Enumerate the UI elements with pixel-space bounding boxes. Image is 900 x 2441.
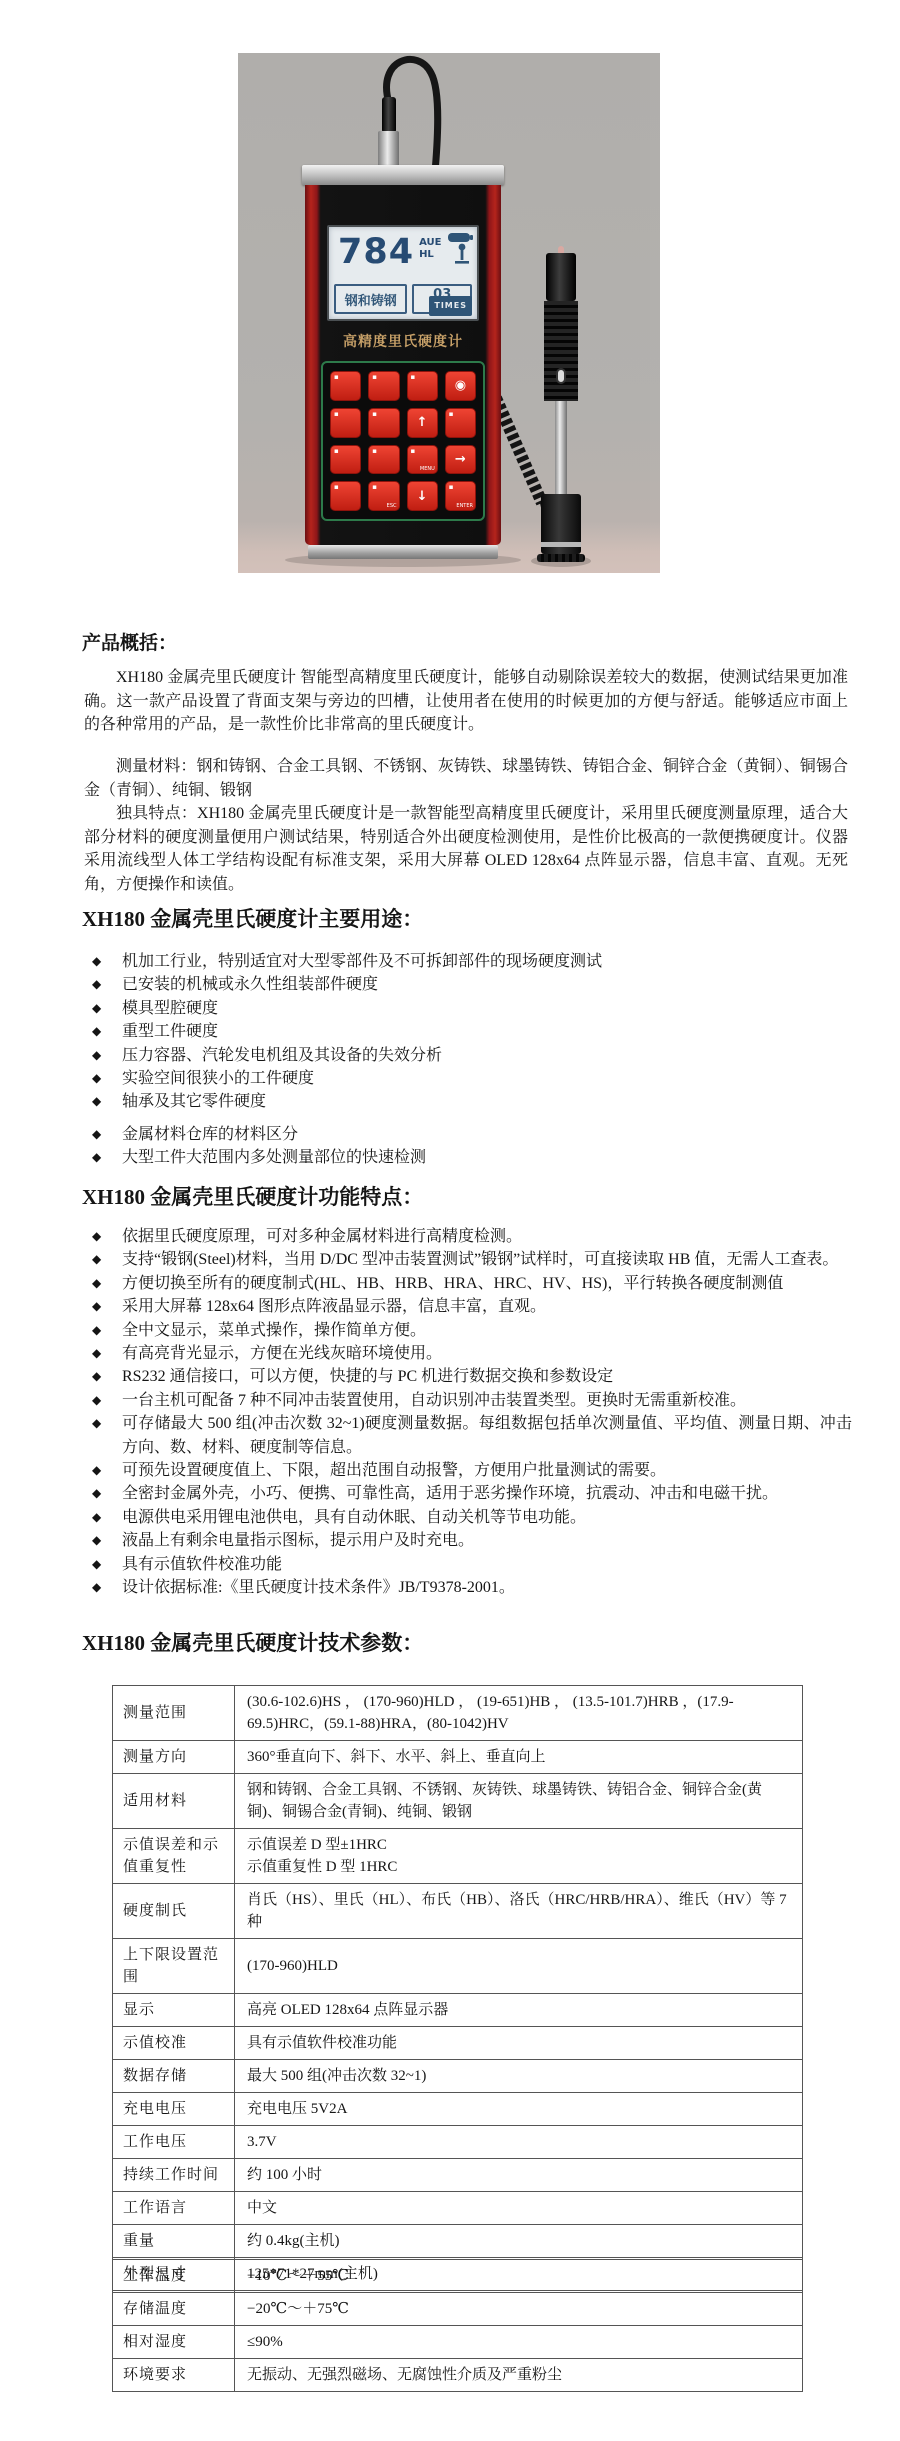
diamond-bullet-icon: ◆ bbox=[84, 1225, 122, 1248]
spec-row-label: 显示 bbox=[113, 1994, 235, 2026]
spec-table-row: 持续工作时间约 100 小时 bbox=[113, 2159, 803, 2192]
key-label: ▪ bbox=[372, 411, 377, 418]
hardness-tester-device: 784 AUE HL bbox=[305, 165, 501, 563]
diamond-bullet-icon: ◆ bbox=[84, 1248, 122, 1271]
key-glyph-icon: ↓ bbox=[417, 490, 428, 503]
keypad-button: ▪ bbox=[330, 371, 361, 401]
lcd-impact-count: 03 TIMES bbox=[412, 284, 472, 314]
device-lcd-screen: 784 AUE HL bbox=[327, 225, 479, 321]
bullet-item-text: RS232 通信接口，可以方便，快捷的与 PC 机进行数据交换和参数设定 bbox=[122, 1365, 852, 1388]
keypad-button: ▪ bbox=[407, 371, 438, 401]
probe-foot bbox=[537, 554, 585, 562]
keypad-button: ▪ENTER bbox=[445, 481, 476, 511]
spec-value-line: 示值重复性 D 型 1HRC bbox=[247, 1856, 792, 1878]
spec-table-row: 充电电压充电电压 5V2A bbox=[113, 2093, 803, 2126]
bullet-item-text: 方便切换至所有的硬度制式(HL、HB、HRB、HRA、HRC、HV、HS)，平行… bbox=[122, 1272, 852, 1295]
bullet-item-text: 已安装的机械或永久性组装部件硬度 bbox=[122, 973, 852, 996]
spec-row-label: 适用材料 bbox=[113, 1774, 235, 1828]
spec-row-value: 360°垂直向下、斜下、水平、斜上、垂直向上 bbox=[235, 1741, 803, 1773]
spec-value-line: ≤90% bbox=[247, 2331, 792, 2353]
bullet-item: ◆全密封金属外壳，小巧、便携、可靠性高，适用于恶劣操作环境，抗震动、冲击和电磁干… bbox=[84, 1482, 852, 1505]
overview-paragraph-3: 独具特点：XH180 金属壳里氏硬度计是一款智能型高精度里氏硬度计，采用里氏硬度… bbox=[84, 802, 848, 896]
bullet-item-text: 电源供电采用锂电池供电，具有自动休眠、自动关机等节电功能。 bbox=[122, 1506, 852, 1529]
device-keypad: ▪▪▪◉▪▪↑▪▪▪▪MENU→▪▪ESC↓▪ENTER bbox=[321, 361, 485, 521]
keypad-button: ▪ bbox=[368, 371, 399, 401]
bullet-item-text: 可预先设置硬度值上、下限，超出范围自动报警，方便用户批量测试的需要。 bbox=[122, 1459, 852, 1482]
diamond-bullet-icon: ◆ bbox=[84, 1272, 122, 1295]
diamond-bullet-icon: ◆ bbox=[84, 1553, 122, 1576]
spec-row-value: 3.7V bbox=[235, 2126, 803, 2158]
spec-value-line: −20℃～＋75℃ bbox=[247, 2298, 792, 2320]
bullet-item-text: 支持“锻钢(Steel)材料，当用 D/DC 型冲击装置测试”锻钢”试样时，可直… bbox=[122, 1248, 852, 1271]
keypad-button: ↑ bbox=[407, 408, 438, 438]
spec-table-row: 环境要求无振动、无强烈磁场、无腐蚀性介质及严重粉尘 bbox=[113, 2359, 803, 2392]
bullet-item-text: 压力容器、汽轮发电机组及其设备的失效分析 bbox=[122, 1044, 852, 1067]
spec-row-label: 存储温度 bbox=[113, 2293, 235, 2325]
spec-row-value: 中文 bbox=[235, 2192, 803, 2224]
bullet-item: ◆具有示值软件校准功能 bbox=[84, 1553, 852, 1576]
device-top-cap bbox=[302, 165, 504, 185]
spec-row-label: 上下限设置范围 bbox=[113, 1939, 235, 1993]
probe-release-cap bbox=[546, 253, 576, 301]
spec-table-row: 工作语言中文 bbox=[113, 2192, 803, 2225]
spec-value-line: 示值误差 D 型±1HRC bbox=[247, 1834, 792, 1856]
diamond-bullet-icon: ◆ bbox=[84, 997, 122, 1020]
bullet-item: ◆液晶上有剩余电量指示图标，提示用户及时充电。 bbox=[84, 1529, 852, 1552]
lcd-unit-label: HL bbox=[419, 249, 441, 261]
lcd-mode-label: AUE bbox=[419, 237, 441, 249]
bullet-item-text: 设计依据标准:《里氏硬度计技术条件》JB/T9378-2001。 bbox=[122, 1576, 852, 1599]
spec-row-value: (30.6-102.6)HS ， (170-960)HLD ， (19-651)… bbox=[235, 1686, 803, 1740]
probe-grip-tube bbox=[544, 301, 578, 401]
spec-row-label: 工作电压 bbox=[113, 2126, 235, 2158]
probe-logo-mark bbox=[556, 368, 566, 384]
bullet-item-text: 有高亮背光显示，方便在光线灰暗环境使用。 bbox=[122, 1342, 852, 1365]
bullet-item: ◆电源供电采用锂电池供电，具有自动休眠、自动关机等节电功能。 bbox=[84, 1506, 852, 1529]
bullet-item-text: 具有示值软件校准功能 bbox=[122, 1553, 852, 1576]
spec-table-row: 上下限设置范围(170-960)HLD bbox=[113, 1939, 803, 1994]
spec-row-label: 环境要求 bbox=[113, 2359, 235, 2391]
spec-table-row: 示值校准具有示值软件校准功能 bbox=[113, 2027, 803, 2060]
key-label: ▪ bbox=[372, 374, 377, 381]
device-product-label: 高精度里氏硬度计 bbox=[319, 331, 487, 351]
cable-plug bbox=[382, 97, 396, 133]
diamond-bullet-icon: ◆ bbox=[84, 973, 122, 996]
diamond-bullet-icon: ◆ bbox=[84, 1529, 122, 1552]
key-label: ▪ bbox=[449, 484, 454, 491]
uses-heading: XH180 金属壳里氏硬度计主要用途： bbox=[82, 903, 423, 933]
spec-value-line: 充电电压 5V2A bbox=[247, 2098, 792, 2120]
diamond-bullet-icon: ◆ bbox=[84, 1576, 122, 1599]
spec-table-row: 存储温度−20℃～＋75℃ bbox=[113, 2293, 803, 2326]
key-glyph-icon: ↑ bbox=[417, 416, 428, 429]
spec-value-line: 约 100 小时 bbox=[247, 2164, 792, 2186]
spec-value-line: (30.6-102.6)HS ， (170-960)HLD ， (19-651)… bbox=[247, 1691, 792, 1735]
diamond-bullet-icon: ◆ bbox=[84, 1389, 122, 1412]
lcd-material-indicator: 钢和铸钢 bbox=[334, 284, 407, 314]
cable-coil bbox=[496, 398, 542, 503]
diamond-bullet-icon: ◆ bbox=[84, 1482, 122, 1505]
uses-list: ◆机加工行业，特别适宜对大型零部件及不可拆卸部件的现场硬度测试◆已安装的机械或永… bbox=[84, 950, 852, 1170]
spec-value-line: (170-960)HLD bbox=[247, 1955, 792, 1977]
lcd-times-badge: TIMES bbox=[429, 296, 472, 316]
product-document-page: 784 AUE HL bbox=[0, 0, 900, 2441]
spec-row-label: 硬度制氏 bbox=[113, 1884, 235, 1938]
bullet-item: ◆重型工件硬度 bbox=[84, 1020, 852, 1043]
diamond-bullet-icon: ◆ bbox=[84, 1295, 122, 1318]
spec-row-value: −10℃～＋55℃ bbox=[235, 2260, 803, 2292]
probe-metal-band bbox=[541, 542, 581, 547]
spec-row-label: 数据存储 bbox=[113, 2060, 235, 2092]
spec-value-line: 具有示值软件校准功能 bbox=[247, 2032, 792, 2054]
diamond-bullet-icon: ◆ bbox=[84, 1459, 122, 1482]
lcd-main-row: 784 AUE HL bbox=[329, 227, 477, 282]
spec-row-value: 充电电压 5V2A bbox=[235, 2093, 803, 2125]
spec-table-row: 相对湿度≤90% bbox=[113, 2326, 803, 2359]
bullet-item: ◆机加工行业，特别适宜对大型零部件及不可拆卸部件的现场硬度测试 bbox=[84, 950, 852, 973]
spec-row-value: ≤90% bbox=[235, 2326, 803, 2358]
spec-row-value: 约 100 小时 bbox=[235, 2159, 803, 2191]
impact-direction-icon bbox=[454, 242, 470, 266]
spec-row-value: 具有示值软件校准功能 bbox=[235, 2027, 803, 2059]
bullet-item-text: 采用大屏幕 128x64 图形点阵液晶显示器，信息丰富，直观。 bbox=[122, 1295, 852, 1318]
spec-row-value: 钢和铸钢、合金工具钢、不锈钢、灰铸铁、球墨铸铁、铸铝合金、铜锌合金(黄铜)、铜锡… bbox=[235, 1774, 803, 1828]
diamond-bullet-icon: ◆ bbox=[84, 1342, 122, 1365]
keypad-button: ▪ bbox=[368, 445, 399, 475]
diamond-bullet-icon: ◆ bbox=[84, 1090, 122, 1113]
bullet-item: ◆RS232 通信接口，可以方便，快捷的与 PC 机进行数据交换和参数设定 bbox=[84, 1365, 852, 1388]
key-label: ▪ bbox=[334, 411, 339, 418]
bullet-item: ◆模具型腔硬度 bbox=[84, 997, 852, 1020]
key-label: ▪ bbox=[372, 448, 377, 455]
spec-row-label: 相对湿度 bbox=[113, 2326, 235, 2358]
device-body: 784 AUE HL bbox=[305, 185, 501, 545]
spec-row-value: 肖氏（HS）、里氏（HL）、布氏（HB）、洛氏（HRC/HRB/HRA）、维氏（… bbox=[235, 1884, 803, 1938]
diamond-bullet-icon: ◆ bbox=[84, 1020, 122, 1043]
key-label: ▪ bbox=[334, 484, 339, 491]
impact-probe bbox=[537, 246, 585, 564]
key-label: ▪ bbox=[411, 374, 416, 381]
spec-table-row: 工作电压3.7V bbox=[113, 2126, 803, 2159]
spec-row-value: −20℃～＋75℃ bbox=[235, 2293, 803, 2325]
bullet-item: ◆支持“锻钢(Steel)材料，当用 D/DC 型冲击装置测试”锻钢”试样时，可… bbox=[84, 1248, 852, 1271]
keypad-button: ▪ bbox=[445, 408, 476, 438]
keypad-button: ▪ bbox=[330, 445, 361, 475]
spec-value-line: 肖氏（HS）、里氏（HL）、布氏（HB）、洛氏（HRC/HRB/HRA）、维氏（… bbox=[247, 1889, 792, 1933]
keypad-button: ▪ bbox=[330, 481, 361, 511]
bullet-item-text: 实验空间很狭小的工件硬度 bbox=[122, 1067, 852, 1090]
diamond-bullet-icon: ◆ bbox=[84, 1319, 122, 1342]
keypad-button: ▪ bbox=[330, 408, 361, 438]
spec-value-line: 360°垂直向下、斜下、水平、斜上、垂直向上 bbox=[247, 1746, 792, 1768]
key-label: ▪ bbox=[372, 484, 377, 491]
spec-row-label: 示值校准 bbox=[113, 2027, 235, 2059]
spec-table-row: 工作温度−10℃～＋55℃ bbox=[113, 2260, 803, 2293]
spec-table-row: 重量约 0.4kg(主机) bbox=[113, 2225, 803, 2258]
features-list: ◆依据里氏硬度原理，可对多种金属材料进行高精度检测。◆支持“锻钢(Steel)材… bbox=[84, 1225, 852, 1600]
bullet-item: ◆实验空间很狭小的工件硬度 bbox=[84, 1067, 852, 1090]
specs-table-environment: 工作温度−10℃～＋55℃存储温度−20℃～＋75℃相对湿度≤90%环境要求无振… bbox=[112, 2259, 803, 2392]
spec-row-value: 示值误差 D 型±1HRC示值重复性 D 型 1HRC bbox=[235, 1829, 803, 1883]
bullet-item-text: 机加工行业，特别适宜对大型零部件及不可拆卸部件的现场硬度测试 bbox=[122, 950, 852, 973]
spec-row-label: 充电电压 bbox=[113, 2093, 235, 2125]
bullet-item-text: 可存储最大 500 组(冲击次数 32~1)硬度测量数据。每组数据包括单次测量值… bbox=[122, 1412, 852, 1459]
bullet-item-text: 轴承及其它零件硬度 bbox=[122, 1090, 852, 1113]
bullet-item: ◆一台主机可配备 7 种不同冲击装置使用，自动识别冲击装置类型。更换时无需重新校… bbox=[84, 1389, 852, 1412]
specs-heading: XH180 金属壳里氏硬度计技术参数： bbox=[82, 1627, 423, 1657]
lcd-hardness-value: 784 bbox=[338, 232, 414, 272]
bullet-item: ◆设计依据标准:《里氏硬度计技术条件》JB/T9378-2001。 bbox=[84, 1576, 852, 1599]
probe-guide-rod bbox=[555, 401, 567, 494]
diamond-bullet-icon: ◆ bbox=[84, 1067, 122, 1090]
diamond-bullet-icon: ◆ bbox=[84, 1365, 122, 1388]
bullet-item: ◆已安装的机械或永久性组装部件硬度 bbox=[84, 973, 852, 996]
spec-row-label: 工作温度 bbox=[113, 2260, 235, 2292]
bullet-item-text: 重型工件硬度 bbox=[122, 1020, 852, 1043]
bullet-item: ◆依据里氏硬度原理，可对多种金属材料进行高精度检测。 bbox=[84, 1225, 852, 1248]
product-photo: 784 AUE HL bbox=[238, 53, 660, 573]
bullet-item-text: 全密封金属外壳，小巧、便携、可靠性高，适用于恶劣操作环境，抗震动、冲击和电磁干扰… bbox=[122, 1482, 852, 1505]
keypad-button: ▪ bbox=[368, 408, 399, 438]
bullet-item-text: 液晶上有剩余电量指示图标，提示用户及时充电。 bbox=[122, 1529, 852, 1552]
overview-paragraph-group: 测量材料：钢和铸钢、合金工具钢、不锈钢、灰铸铁、球墨铸铁、铸铝合金、铜锌合金（黄… bbox=[84, 755, 848, 896]
key-label: ▪ bbox=[334, 448, 339, 455]
bullet-item: ◆可存储最大 500 组(冲击次数 32~1)硬度测量数据。每组数据包括单次测量… bbox=[84, 1412, 852, 1459]
diamond-bullet-icon: ◆ bbox=[84, 1123, 122, 1146]
spec-row-value: 高亮 OLED 128x64 点阵显示器 bbox=[235, 1994, 803, 2026]
bullet-item: ◆大型工件大范围内多处测量部位的快速检测 bbox=[84, 1146, 852, 1169]
diamond-bullet-icon: ◆ bbox=[84, 1506, 122, 1529]
battery-icon bbox=[448, 233, 470, 242]
spec-value-line: 高亮 OLED 128x64 点阵显示器 bbox=[247, 1999, 792, 2021]
bullet-item: ◆方便切换至所有的硬度制式(HL、HB、HRB、HRA、HRC、HV、HS)，平… bbox=[84, 1272, 852, 1295]
bullet-item: ◆可预先设置硬度值上、下限，超出范围自动报警，方便用户批量测试的需要。 bbox=[84, 1459, 852, 1482]
lcd-status-icons bbox=[448, 232, 472, 266]
keypad-button: ▪MENU bbox=[407, 445, 438, 475]
spec-row-value: 无振动、无强烈磁场、无腐蚀性介质及严重粉尘 bbox=[235, 2359, 803, 2391]
spec-row-label: 工作语言 bbox=[113, 2192, 235, 2224]
key-sub-label: ENTER bbox=[456, 503, 473, 509]
spec-value-line: −10℃～＋55℃ bbox=[247, 2265, 792, 2287]
bullet-item-text: 全中文显示，菜单式操作，操作简单方便。 bbox=[122, 1319, 852, 1342]
diamond-bullet-icon: ◆ bbox=[84, 1146, 122, 1169]
spec-value-line: 中文 bbox=[247, 2197, 792, 2219]
keypad-button: → bbox=[445, 445, 476, 475]
bullet-item-text: 依据里氏硬度原理，可对多种金属材料进行高精度检测。 bbox=[122, 1225, 852, 1248]
key-glyph-icon: ◉ bbox=[455, 379, 466, 392]
probe-connector bbox=[378, 131, 399, 167]
device-bottom-cap bbox=[308, 545, 498, 559]
bullet-item-text: 金属材料仓库的材料区分 bbox=[122, 1123, 852, 1146]
spec-row-label: 重量 bbox=[113, 2225, 235, 2257]
bullet-item: ◆全中文显示，菜单式操作，操作简单方便。 bbox=[84, 1319, 852, 1342]
overview-paragraph-2: 测量材料：钢和铸钢、合金工具钢、不锈钢、灰铸铁、球墨铸铁、铸铝合金、铜锌合金（黄… bbox=[84, 755, 848, 802]
overview-paragraph-1: XH180 金属壳里氏硬度计 智能型高精度里氏硬度计，能够自动剔除误差较大的数据… bbox=[84, 666, 848, 737]
spec-table-row: 示值误差和示值重复性示值误差 D 型±1HRC示值重复性 D 型 1HRC bbox=[113, 1829, 803, 1884]
bullet-item: ◆采用大屏幕 128x64 图形点阵液晶显示器，信息丰富，直观。 bbox=[84, 1295, 852, 1318]
spec-table-row: 显示高亮 OLED 128x64 点阵显示器 bbox=[113, 1994, 803, 2027]
bullet-item: ◆金属材料仓库的材料区分 bbox=[84, 1123, 852, 1146]
bullet-item: ◆轴承及其它零件硬度 bbox=[84, 1090, 852, 1113]
keypad-button: ↓ bbox=[407, 481, 438, 511]
key-sub-label: MENU bbox=[420, 466, 435, 472]
bullet-item: ◆有高亮背光显示，方便在光线灰暗环境使用。 bbox=[84, 1342, 852, 1365]
bullet-item-text: 大型工件大范围内多处测量部位的快速检测 bbox=[122, 1146, 852, 1169]
spec-row-value: 约 0.4kg(主机) bbox=[235, 2225, 803, 2257]
spec-value-line: 最大 500 组(冲击次数 32~1) bbox=[247, 2065, 792, 2087]
spec-table-row: 数据存储最大 500 组(冲击次数 32~1) bbox=[113, 2060, 803, 2093]
spec-value-line: 3.7V bbox=[247, 2131, 792, 2153]
keypad-button: ◉ bbox=[445, 371, 476, 401]
specs-table-main: 测量范围(30.6-102.6)HS ， (170-960)HLD ， (19-… bbox=[112, 1685, 803, 2291]
spec-table-row: 硬度制氏肖氏（HS）、里氏（HL）、布氏（HB）、洛氏（HRC/HRB/HRA）… bbox=[113, 1884, 803, 1939]
lcd-unit-labels: AUE HL bbox=[419, 237, 441, 261]
device-front-panel: 784 AUE HL bbox=[319, 203, 487, 525]
bullet-item-text: 模具型腔硬度 bbox=[122, 997, 852, 1020]
diamond-bullet-icon: ◆ bbox=[84, 1412, 122, 1459]
spec-row-value: 最大 500 组(冲击次数 32~1) bbox=[235, 2060, 803, 2092]
spec-row-value: (170-960)HLD bbox=[235, 1939, 803, 1993]
keypad-button: ▪ESC bbox=[368, 481, 399, 511]
spec-row-label: 测量方向 bbox=[113, 1741, 235, 1773]
spec-value-line: 约 0.4kg(主机) bbox=[247, 2230, 792, 2252]
bullet-item: ◆压力容器、汽轮发电机组及其设备的失效分析 bbox=[84, 1044, 852, 1067]
key-label: ▪ bbox=[334, 374, 339, 381]
spec-value-line: 无振动、无强烈磁场、无腐蚀性介质及严重粉尘 bbox=[247, 2364, 792, 2386]
spec-table-row: 测量范围(30.6-102.6)HS ， (170-960)HLD ， (19-… bbox=[113, 1686, 803, 1741]
spec-table-row: 适用材料钢和铸钢、合金工具钢、不锈钢、灰铸铁、球墨铸铁、铸铝合金、铜锌合金(黄铜… bbox=[113, 1774, 803, 1829]
diamond-bullet-icon: ◆ bbox=[84, 1044, 122, 1067]
key-sub-label: ESC bbox=[387, 503, 397, 509]
bullet-item-text: 一台主机可配备 7 种不同冲击装置使用，自动识别冲击装置类型。更换时无需重新校准… bbox=[122, 1389, 852, 1412]
overview-heading: 产品概括： bbox=[82, 628, 177, 655]
key-label: ▪ bbox=[449, 411, 454, 418]
spec-row-label: 测量范围 bbox=[113, 1686, 235, 1740]
spec-table-row: 测量方向360°垂直向下、斜下、水平、斜上、垂直向上 bbox=[113, 1741, 803, 1774]
key-label: ▪ bbox=[411, 448, 416, 455]
spec-value-line: 钢和铸钢、合金工具钢、不锈钢、灰铸铁、球墨铸铁、铸铝合金、铜锌合金(黄铜)、铜锡… bbox=[247, 1779, 792, 1823]
spec-row-label: 持续工作时间 bbox=[113, 2159, 235, 2191]
spec-row-label: 示值误差和示值重复性 bbox=[113, 1829, 235, 1883]
features-heading: XH180 金属壳里氏硬度计功能特点： bbox=[82, 1181, 423, 1211]
key-glyph-icon: → bbox=[455, 453, 466, 466]
lcd-bottom-row: 钢和铸钢 03 TIMES bbox=[329, 282, 477, 314]
diamond-bullet-icon: ◆ bbox=[84, 950, 122, 973]
